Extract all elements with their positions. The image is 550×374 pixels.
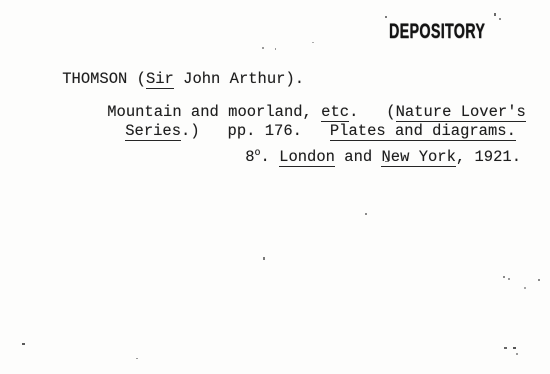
- noise-speck: [275, 48, 276, 50]
- imprint-and: and: [335, 148, 382, 166]
- imprint-year: , 1921.: [456, 148, 521, 166]
- imprint-sep: .: [261, 148, 280, 166]
- noise-speck: [516, 353, 518, 355]
- noise-speck: [513, 347, 516, 349]
- noise-speck: [524, 287, 526, 289]
- noise-speck: [385, 16, 387, 18]
- noise-speck: [508, 278, 510, 280]
- noise-speck: [136, 358, 138, 359]
- noise-speck: [263, 257, 265, 260]
- noise-speck: [503, 276, 505, 278]
- noise-speck: [22, 343, 25, 345]
- noise-speck: [494, 13, 496, 16]
- catalog-card: DEPOSITORY THOMSON (Sir John Arthur). Mo…: [0, 0, 550, 374]
- imprint-line: 8o. London and New York, 1921.: [208, 129, 521, 186]
- format-number: 8: [245, 148, 254, 166]
- noise-speck: [499, 18, 501, 20]
- noise-speck: [504, 347, 507, 349]
- title-series-word-underlined: Series: [125, 122, 181, 141]
- noise-speck: [262, 47, 264, 49]
- imprint-london-underlined: London: [279, 148, 335, 167]
- depository-stamp: DEPOSITORY: [389, 21, 485, 42]
- noise-speck: [385, 161, 389, 162]
- noise-speck: [365, 213, 367, 215]
- imprint-newyork-underlined: New York: [381, 148, 455, 167]
- noise-speck: [538, 279, 540, 281]
- noise-speck: [312, 42, 314, 43]
